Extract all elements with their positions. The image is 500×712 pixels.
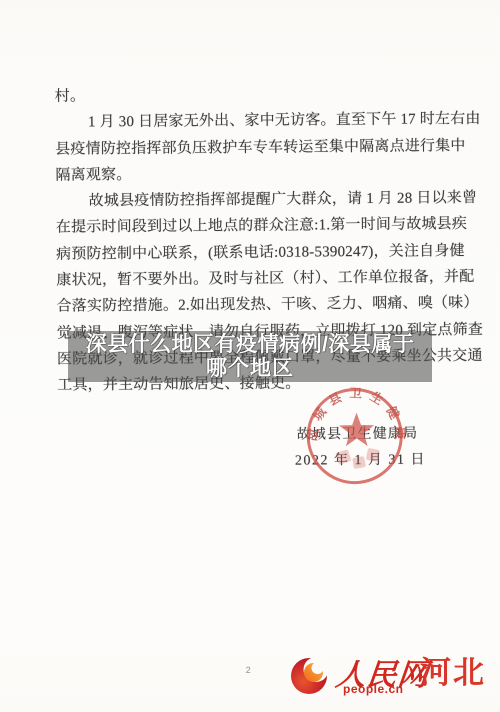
body-line: 村。 xyxy=(55,80,467,110)
peoples-daily-logo-icon xyxy=(290,655,330,697)
scanned-notice-page: 村。 1 月 30 日居家无外出、家中无访客。直至下午 17 时左右由 县疫情防… xyxy=(0,0,500,712)
footer-watermark: 人民网 people.cn 河北 xyxy=(0,645,500,712)
headline-overlay-banner: 深县什么地区有疫情病例/深县属于 哪个地区 xyxy=(68,331,432,382)
faint-stamp-marks xyxy=(335,448,380,469)
headline-line-2: 哪个地区 xyxy=(68,357,432,380)
body-line: 合落实防控措施。2.如出现发热、干咳、乏力、咽痛、嗅（味） xyxy=(56,290,468,320)
body-line: 在提示时间段到过以上地点的群众注意:1.第一时间与故城县疾 xyxy=(56,212,468,242)
brand-domain: people.cn xyxy=(343,682,404,696)
body-line: 故城县疫情防控指挥部提醒广大群众，请 1 月 28 日以来曾 xyxy=(56,185,468,215)
body-line: 康状况，暂不要外出。及时与社区（村）、工作单位报备，并配 xyxy=(56,264,468,294)
body-line: 1 月 30 日居家无外出、家中无访客。直至下午 17 时左右由 xyxy=(55,106,467,136)
body-line: 隔离观察。 xyxy=(55,159,467,189)
seal-star-icon xyxy=(339,412,374,446)
body-line: 病预防控制中心联系，(联系电话:0318-5390247)，关注自身健 xyxy=(56,238,468,268)
body-line: 县疫情防控指挥部负压救护车专车转运至集中隔离点进行集中 xyxy=(55,133,467,163)
headline-line-1: 深县什么地区有疫情病例/深县属于 xyxy=(68,332,432,357)
official-seal-icon: 故城县卫生健康局 xyxy=(303,385,406,488)
region-label: 河北 xyxy=(420,647,486,692)
